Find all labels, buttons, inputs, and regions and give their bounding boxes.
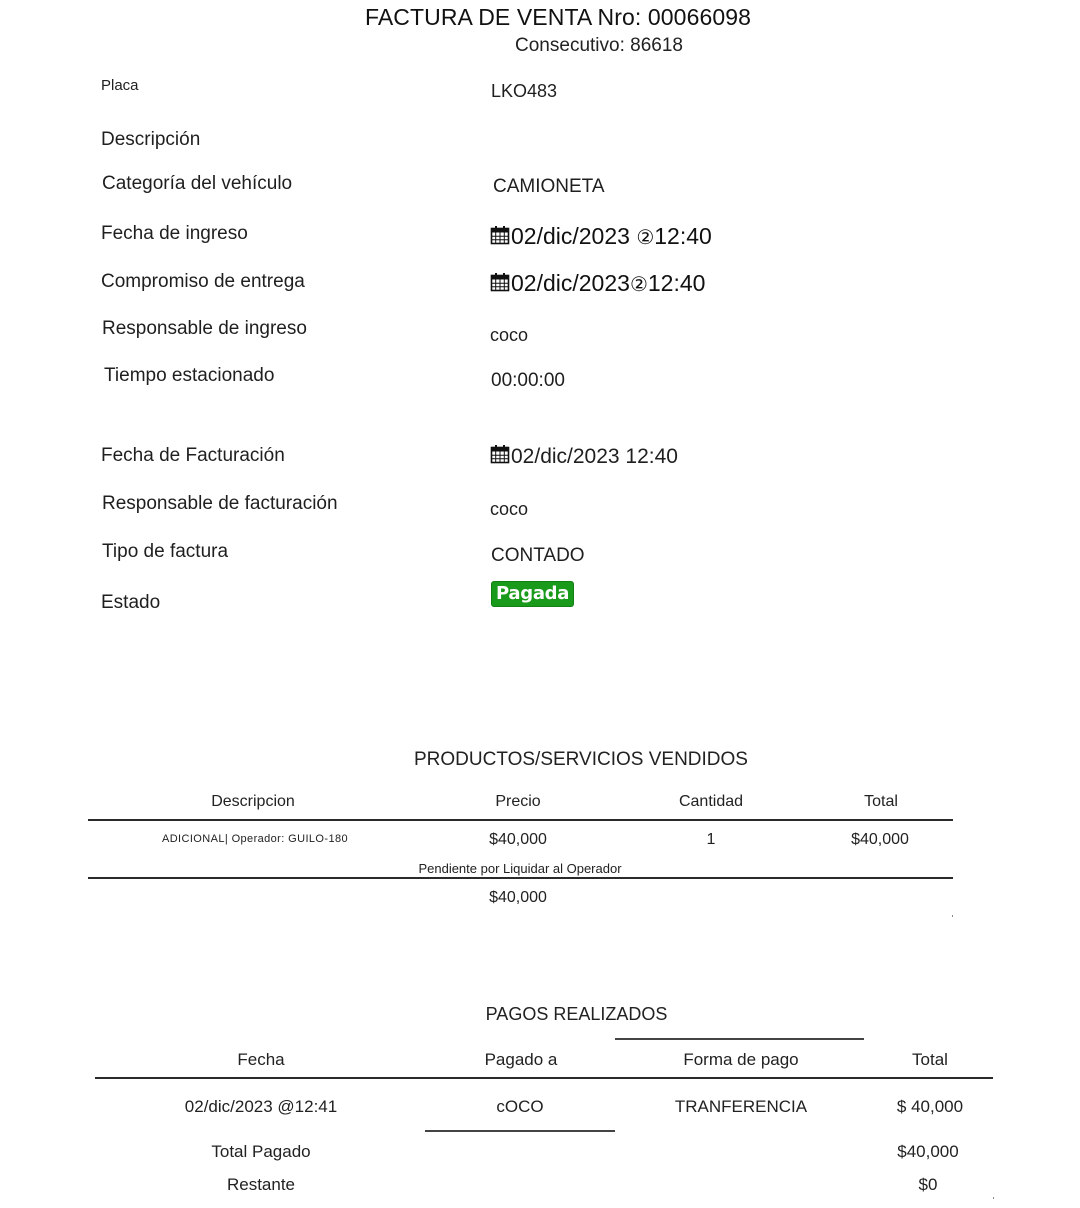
label-tipo-factura: Tipo de factura [102,541,228,563]
fecha-ingreso-date: 02/dic/2023 [511,223,636,249]
products-col-cantidad: Cantidad [651,793,771,811]
payments-header-divider [95,1077,993,1079]
scan-speck [993,1197,994,1199]
products-col-precio: Precio [458,793,578,811]
label-categoria: Categoría del vehículo [102,173,292,195]
payments-col-total: Total [870,1050,990,1070]
value-placa: LKO483 [491,81,557,102]
value-responsable-facturacion: coco [490,499,528,520]
invoice-consecutive: Consecutivo: 86618 [0,35,1080,57]
total-paid-label: Total Pagado [181,1142,341,1162]
payments-title-underline [615,1038,864,1040]
invoice-title: FACTURA DE VENTA Nro: 00066098 [0,4,1080,31]
compromiso-date: 02/dic/2023 [511,270,630,296]
payments-col-forma-pago: Forma de pago [661,1050,821,1070]
products-footer-divider [88,877,953,879]
payment-method: TRANFERENCIA [651,1097,831,1117]
remaining-label: Restante [181,1175,341,1195]
value-fecha-ingreso: 02/dic/2023 ②12:40 [490,223,712,250]
product-quantity: 1 [651,831,771,849]
fecha-ingreso-time: 12:40 [654,223,712,249]
remaining-value: $0 [868,1175,988,1195]
calendar-icon [490,225,510,245]
value-compromiso: 02/dic/2023②12:40 [490,270,705,297]
products-header-divider [88,819,953,821]
label-compromiso: Compromiso de entrega [101,271,305,293]
payments-title: PAGOS REALIZADOS [460,1004,693,1025]
value-categoria: CAMIONETA [493,176,605,198]
calendar-icon [490,272,510,292]
fecha-facturacion-datetime: 02/dic/2023 12:40 [511,445,678,468]
label-placa: Placa [101,77,139,94]
label-fecha-facturacion: Fecha de Facturación [101,445,285,467]
products-subtotal: $40,000 [458,889,578,907]
payment-total: $ 40,000 [870,1097,990,1117]
status-badge: Pagada [491,581,574,607]
payment-date: 02/dic/2023 @12:41 [161,1097,361,1117]
value-tipo-factura: CONTADO [491,545,585,567]
label-tiempo: Tiempo estacionado [104,365,274,387]
payments-row-underline [425,1130,615,1132]
scan-speck [952,915,953,917]
products-title: PRODUCTOS/SERVICIOS VENDIDOS [414,749,744,771]
payments-col-pagado-a: Pagado a [441,1050,601,1070]
value-tiempo: 00:00:00 [491,370,565,392]
product-note: Pendiente por Liquidar al Operador [370,861,670,876]
label-descripcion: Descripción [101,129,200,151]
value-responsable-ingreso: coco [490,325,528,346]
clock-icon: ② [636,225,654,250]
compromiso-time: 12:40 [648,270,706,296]
label-responsable-facturacion: Responsable de facturación [102,493,338,515]
label-responsable-ingreso: Responsable de ingreso [102,318,307,340]
calendar-icon [490,444,510,464]
clock-icon: ② [630,272,648,297]
payment-paid-to: cOCO [460,1097,580,1117]
label-estado: Estado [101,592,160,614]
product-total: $40,000 [820,831,940,849]
products-col-total: Total [821,793,941,811]
label-fecha-ingreso: Fecha de ingreso [101,223,248,245]
products-col-descripcion: Descripcion [153,793,353,811]
payments-col-fecha: Fecha [181,1050,341,1070]
product-price: $40,000 [458,831,578,849]
product-description: ADICIONAL| Operador: GUILO-180 [130,833,380,845]
value-fecha-facturacion: 02/dic/2023 12:40 [490,444,678,469]
total-paid-value: $40,000 [868,1142,988,1162]
